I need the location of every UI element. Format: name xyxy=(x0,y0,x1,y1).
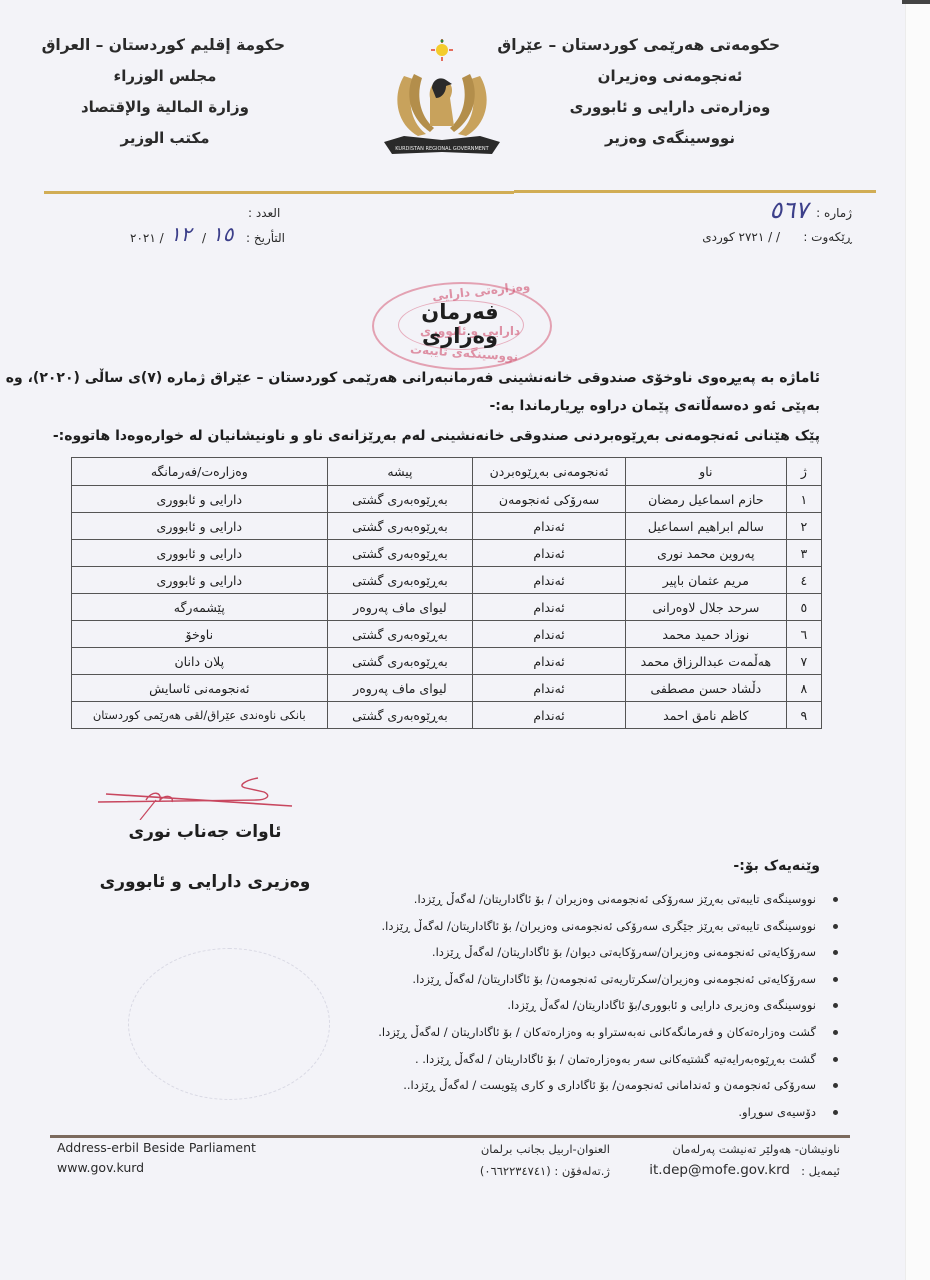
arabic-gov-name: حكومة إقليم كوردستان – العراق xyxy=(45,30,285,61)
bullet-icon xyxy=(833,1003,838,1008)
cell-no: ٩ xyxy=(786,702,821,729)
header-divider-right xyxy=(514,190,876,193)
board-members-table: ژ ناو ئەنجومەنی بەڕێوەبردن پیشە وەزارەت/… xyxy=(71,457,822,729)
decree-title: فەرمان وەزاری xyxy=(385,300,535,348)
arabic-office-name: مكتب الوزير xyxy=(45,123,285,154)
cell-name: حازم اسماعیل رمضان xyxy=(625,486,786,513)
page-corner-shadow xyxy=(902,0,930,4)
kurdish-ministry-name: وەزارەتی دارایی و ئابووری xyxy=(560,92,780,123)
col-header-no: ژ xyxy=(786,458,821,486)
cc-item: نووسینگەی وەزیری دارایی و ئابووری/بۆ ئاگ… xyxy=(378,992,842,1019)
kurdish-office-name: نووسینگەی وەزیر xyxy=(560,123,780,154)
cell-no: ٧ xyxy=(786,648,821,675)
bullet-icon xyxy=(833,1057,838,1062)
cc-list: نووسینگەی تایبەتی بەڕێز سەرۆکی ئەنجومەنی… xyxy=(378,886,842,1125)
footer-en-address: Address-erbil Beside Parliament xyxy=(57,1140,256,1155)
cc-item-text: دۆسیەی سوڕاو. xyxy=(738,1105,816,1119)
footer-ar-address: العنوان-اربيل بجانب برلمان xyxy=(400,1142,610,1156)
cell-name: پەروین محمد نوری xyxy=(625,540,786,567)
cell-ministry: دارایی و ئابووری xyxy=(72,540,328,567)
cc-title: وێنەیەک بۆ:- xyxy=(733,858,820,874)
cc-item: گشت بەڕێوەبەرایەتیە گشتیەکانی سەر بەوەزا… xyxy=(378,1046,842,1073)
svg-text:KURDISTAN REGIONAL GOVERNMENT: KURDISTAN REGIONAL GOVERNMENT xyxy=(395,146,489,152)
ar-date-label: التأريخ : xyxy=(246,231,285,245)
cc-item-text: سەرۆکی ئەنجومەن و ئەندامانی ئەنجومەن/ بۆ… xyxy=(403,1078,816,1092)
cell-no: ٥ xyxy=(786,594,821,621)
cell-board-role: ئەندام xyxy=(473,621,626,648)
krg-emblem-icon: KURDISTAN REGIONAL GOVERNMENT xyxy=(374,36,510,160)
cell-name: دڵشاد حسن مصطفى xyxy=(625,675,786,702)
sun-icon xyxy=(431,39,453,61)
cc-item: گشت وەزارەتەکان و فەرمانگەکانی نەبەستراو… xyxy=(378,1019,842,1046)
kurdish-gov-name: حکومەتی هەرێمی کوردستان – عێراق xyxy=(560,30,780,61)
ar-number-label: العدد : xyxy=(248,206,280,220)
cell-board-role: ئەندام xyxy=(473,648,626,675)
footer-ku-address: ناونیشان- هەولێر تەنیشت پەرلەمان xyxy=(672,1142,840,1156)
cell-board-role: سەرۆکی ئەنجومەن xyxy=(473,486,626,513)
cell-name: کاظم نامق احمد xyxy=(625,702,786,729)
cell-name: نوزاد حمید محمد xyxy=(625,621,786,648)
cell-ministry: دارایی و ئابووری xyxy=(72,513,328,540)
minister-title: وەزیری دارایی و ئابووری xyxy=(90,872,320,892)
footer-phone: ژ.تەلەفۆن : (٠٦٦٢٢٣٤٧٤١) xyxy=(400,1164,610,1178)
footer-email-label: ئیمەیل : xyxy=(801,1164,840,1178)
table-row: ٧ هەڵمەت عبدالرزاق محمد ئەندام بەڕێوەبەر… xyxy=(72,648,822,675)
cell-position: بەڕێوەبەری گشتی xyxy=(327,648,473,675)
minister-name: ئاوات جەناب نوری xyxy=(90,822,320,842)
table-row: ٣ پەروین محمد نوری ئەندام بەڕێوەبەری گشت… xyxy=(72,540,822,567)
cell-board-role: ئەندام xyxy=(473,540,626,567)
page-edge-strip xyxy=(905,0,930,1280)
cell-position: لیوای ماف پەروەر xyxy=(327,675,473,702)
cell-board-role: ئەندام xyxy=(473,567,626,594)
cell-position: بەڕێوەبەری گشتی xyxy=(327,486,473,513)
cell-name: سالم ابراهیم اسماعیل xyxy=(625,513,786,540)
cc-item-text: نووسینگەی تایبەتی بەڕێز جێگری سەرۆکی ئەن… xyxy=(382,919,816,933)
arabic-letterhead: حكومة إقليم كوردستان – العراق مجلس الوزر… xyxy=(45,30,285,154)
bullet-icon xyxy=(833,977,838,982)
ar-date-sep: / xyxy=(202,231,206,245)
bullet-icon xyxy=(833,924,838,929)
cell-position: بەڕێوەبەری گشتی xyxy=(327,702,473,729)
preamble-line-2: بەپێی ئەو دەسەڵاتەی پێمان دراوە بڕیارمان… xyxy=(489,398,820,414)
cell-no: ١ xyxy=(786,486,821,513)
cc-item: سەرۆکی ئەنجومەن و ئەندامانی ئەنجومەن/ بۆ… xyxy=(378,1072,842,1099)
cell-board-role: ئەندام xyxy=(473,513,626,540)
cell-no: ٦ xyxy=(786,621,821,648)
cell-ministry: ناوخۆ xyxy=(72,621,328,648)
cc-item-text: نووسینگەی وەزیری دارایی و ئابووری/بۆ ئاگ… xyxy=(507,998,816,1012)
bullet-icon xyxy=(833,897,838,902)
bullet-icon xyxy=(833,1030,838,1035)
footer-email[interactable]: it.dep@mofe.gov.krd xyxy=(649,1162,790,1178)
table-header-row: ژ ناو ئەنجومەنی بەڕێوەبردن پیشە وەزارەت/… xyxy=(72,458,822,486)
table-row: ٥ سرحد جلال لاوەرانی ئەندام لیوای ماف پە… xyxy=(72,594,822,621)
cell-position: بەڕێوەبەری گشتی xyxy=(327,513,473,540)
date-label: ڕێکەوت : xyxy=(803,230,852,244)
col-header-board-role: ئەنجومەنی بەڕێوەبردن xyxy=(473,458,626,486)
cell-position: بەڕێوەبەری گشتی xyxy=(327,621,473,648)
cc-item-text: سەرۆکایەتی ئەنجومەنی وەزیران/سەرۆکایەتی … xyxy=(432,945,816,959)
cell-name: مریم عثمان باپیر xyxy=(625,567,786,594)
col-header-position: پیشە xyxy=(327,458,473,486)
cc-item: نووسینگەی تایبەتی بەڕێز جێگری سەرۆکی ئەن… xyxy=(378,913,842,940)
cell-no: ٢ xyxy=(786,513,821,540)
cell-name: سرحد جلال لاوەرانی xyxy=(625,594,786,621)
table-row: ١ حازم اسماعیل رمضان سەرۆکی ئەنجومەن بەڕ… xyxy=(72,486,822,513)
cc-item-text: سەرۆکایەتی ئەنجومەنی وەزیران/سکرتاریەتی … xyxy=(412,972,816,986)
cell-ministry: دارایی و ئابووری xyxy=(72,567,328,594)
table-row: ٢ سالم ابراهیم اسماعیل ئەندام بەڕێوەبەری… xyxy=(72,513,822,540)
cell-ministry: پێشمەرگە xyxy=(72,594,328,621)
cell-ministry: بانکی ناوەندی عێراق/لقی هەرێمی کوردستان xyxy=(72,702,328,729)
cell-ministry: دارایی و ئابووری xyxy=(72,486,328,513)
number-handwritten: ٥٦٧ xyxy=(769,196,808,224)
footer-en-website[interactable]: www.gov.kurd xyxy=(57,1160,144,1175)
cell-board-role: ئەندام xyxy=(473,702,626,729)
faint-embossed-seal xyxy=(128,948,330,1100)
ar-date-month: ١٢ xyxy=(170,222,191,246)
cell-board-role: ئەندام xyxy=(473,594,626,621)
cell-position: بەڕێوەبەری گشتی xyxy=(327,540,473,567)
decision-text: پێک هێنانی ئەنجومەنی بەڕێوەبردنی صندوقی … xyxy=(53,428,820,444)
cell-no: ٨ xyxy=(786,675,821,702)
cc-item: دۆسیەی سوڕاو. xyxy=(378,1099,842,1126)
cell-no: ٤ xyxy=(786,567,821,594)
col-header-name: ناو xyxy=(625,458,786,486)
cell-position: لیوای ماف پەروەر xyxy=(327,594,473,621)
minister-signature-icon xyxy=(96,770,296,820)
cell-ministry: پلان دانان xyxy=(72,648,328,675)
bullet-icon xyxy=(833,950,838,955)
cc-item-text: نووسینگەی تایبەتی بەڕێز سەرۆکی ئەنجومەنی… xyxy=(414,892,816,906)
kurdish-letterhead: حکومەتی هەرێمی کوردستان – عێراق ئەنجومەن… xyxy=(560,30,780,154)
table-row: ٩ کاظم نامق احمد ئەندام بەڕێوەبەری گشتی … xyxy=(72,702,822,729)
bullet-icon xyxy=(833,1110,838,1115)
cell-position: بەڕێوەبەری گشتی xyxy=(327,567,473,594)
preamble-line-1: ئاماژە بە پەیڕەوی ناوخۆی صندوقی خانەنشین… xyxy=(6,370,820,386)
cc-item: سەرۆکایەتی ئەنجومەنی وەزیران/سکرتاریەتی … xyxy=(378,966,842,993)
cc-item: نووسینگەی تایبەتی بەڕێز سەرۆکی ئەنجومەنی… xyxy=(378,886,842,913)
header-divider xyxy=(44,191,514,194)
col-header-ministry: وەزارەت/فەرمانگە xyxy=(72,458,328,486)
ar-date-year: / ٢٠٢١ xyxy=(130,231,164,245)
arabic-ministry-name: وزارة المالية والإقتصاد xyxy=(45,92,285,123)
table-row: ٨ دڵشاد حسن مصطفى ئەندام لیوای ماف پەروە… xyxy=(72,675,822,702)
number-label: ژمارە : xyxy=(816,206,852,220)
footer-divider xyxy=(50,1135,850,1138)
cc-item-text: گشت بەڕێوەبەرایەتیە گشتیەکانی سەر بەوەزا… xyxy=(415,1052,816,1066)
table-row: ٤ مریم عثمان باپیر ئەندام بەڕێوەبەری گشت… xyxy=(72,567,822,594)
cell-name: هەڵمەت عبدالرزاق محمد xyxy=(625,648,786,675)
kurdish-council-name: ئەنجومەنی وەزیران xyxy=(560,61,780,92)
date-value-kurdish: / / ٢٧٢١ کوردی xyxy=(702,230,780,244)
ar-date-day: ١٥ xyxy=(212,222,233,246)
table-row: ٦ نوزاد حمید محمد ئەندام بەڕێوەبەری گشتی… xyxy=(72,621,822,648)
cc-item: سەرۆکایەتی ئەنجومەنی وەزیران/سەرۆکایەتی … xyxy=(378,939,842,966)
bullet-icon xyxy=(833,1083,838,1088)
cc-item-text: گشت وەزارەتەکان و فەرمانگەکانی نەبەستراو… xyxy=(378,1025,816,1039)
arabic-council-name: مجلس الوزراء xyxy=(45,61,285,92)
cell-no: ٣ xyxy=(786,540,821,567)
cell-ministry: ئەنجومەنی ئاسایش xyxy=(72,675,328,702)
cell-board-role: ئەندام xyxy=(473,675,626,702)
